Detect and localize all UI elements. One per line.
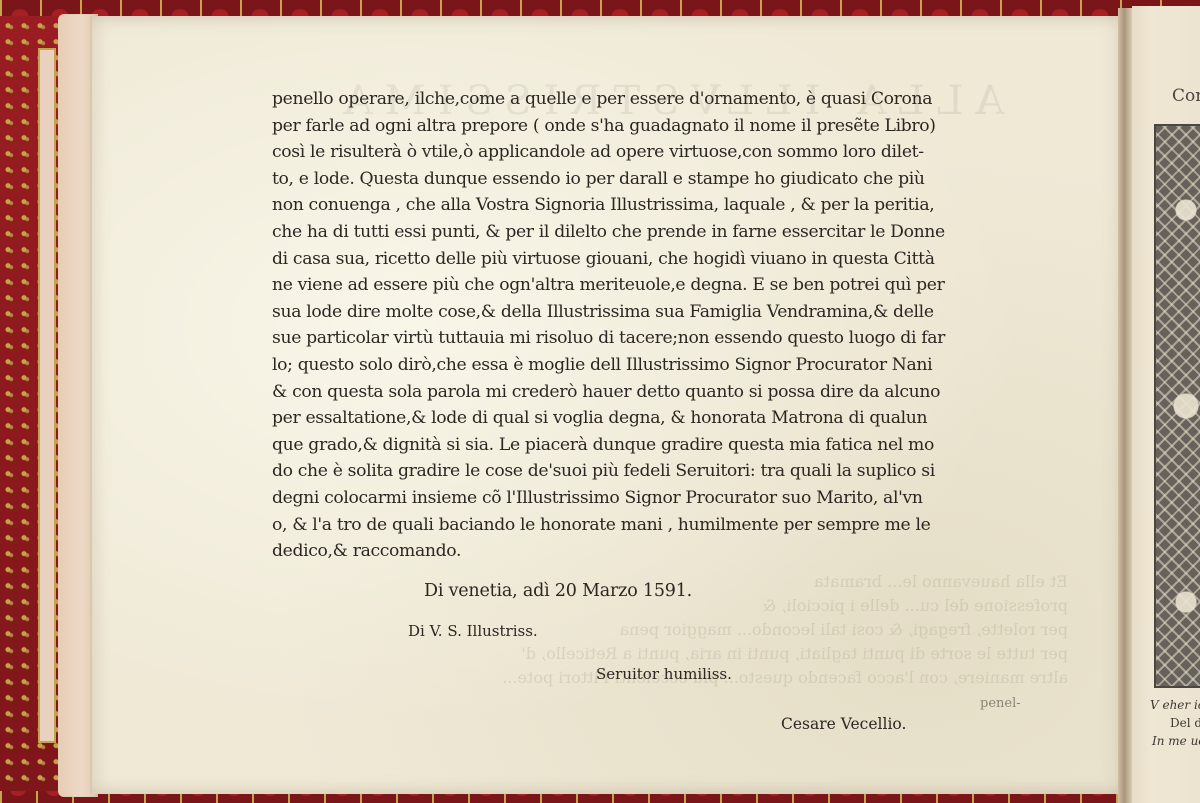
body-line: sue particolar virtù tuttauia mi risoluo… — [272, 325, 1072, 352]
body-line: do che è solita gradire le cose de'suoi … — [272, 458, 1072, 485]
body-line: per farle ad ogni altra prepore ( onde s… — [272, 113, 1072, 140]
body-line: che ha di tutti essi punti, & per il dil… — [272, 219, 1072, 246]
body-line: dedico,& raccomando. — [272, 538, 1072, 565]
binding-ornament-top — [0, 0, 1200, 16]
body-line: sua lode dire molte cose,& della Illustr… — [272, 299, 1072, 326]
facing-page: Conu V eher io so Del dott In me uede — [1132, 6, 1200, 803]
dateline: Di venetia, adì 20 Marzo 1591. — [424, 581, 692, 601]
salutation: Di V. S. Illustriss. — [408, 622, 538, 640]
body-line: per essaltatione,& lode di qual si vogli… — [272, 405, 1072, 432]
body-line: & con questa sola parola mi crederò haue… — [272, 379, 1072, 406]
body-line: non conuenga , che alla Vostra Signoria … — [272, 192, 1072, 219]
author-signature: Cesare Vecellio. — [781, 715, 906, 733]
binding-inner-frame — [38, 48, 56, 743]
body-line: ne viene ad essere più che ogn'altra mer… — [272, 272, 1072, 299]
lace-pattern-woodcut-image — [1154, 124, 1200, 688]
body-line: penello operare, ilche,come a quelle e p… — [272, 86, 1072, 113]
body-line: degni colocarmi insieme cõ l'Illustrissi… — [272, 485, 1072, 512]
body-line: così le risulterà ò vtile,ò applicandole… — [272, 139, 1072, 166]
body-line: di casa sua, ricetto delle più virtuose … — [272, 246, 1072, 273]
body-line: lo; questo solo dirò,che essa è moglie d… — [272, 352, 1072, 379]
body-line: to, e lode. Questa dunque essendo io per… — [272, 166, 1072, 193]
facing-page-caption: V eher io so Del dott In me uede — [1150, 696, 1200, 750]
body-line: que grado,& dignità si sia. Le piacerà d… — [272, 432, 1072, 459]
caption-line: V eher io so — [1150, 696, 1200, 714]
caption-line: Del dott — [1150, 714, 1200, 732]
facing-page-header: Conu — [1172, 86, 1200, 106]
caption-line: In me uede — [1150, 732, 1200, 750]
dedication-body: penello operare, ilche,come a quelle e p… — [272, 86, 1072, 565]
body-line: o, & l'a tro de quali baciando le honora… — [272, 512, 1072, 539]
book-gutter — [1118, 8, 1132, 803]
closing: Seruitor humiliss. — [596, 665, 732, 683]
catchword: penel- — [980, 696, 1021, 711]
